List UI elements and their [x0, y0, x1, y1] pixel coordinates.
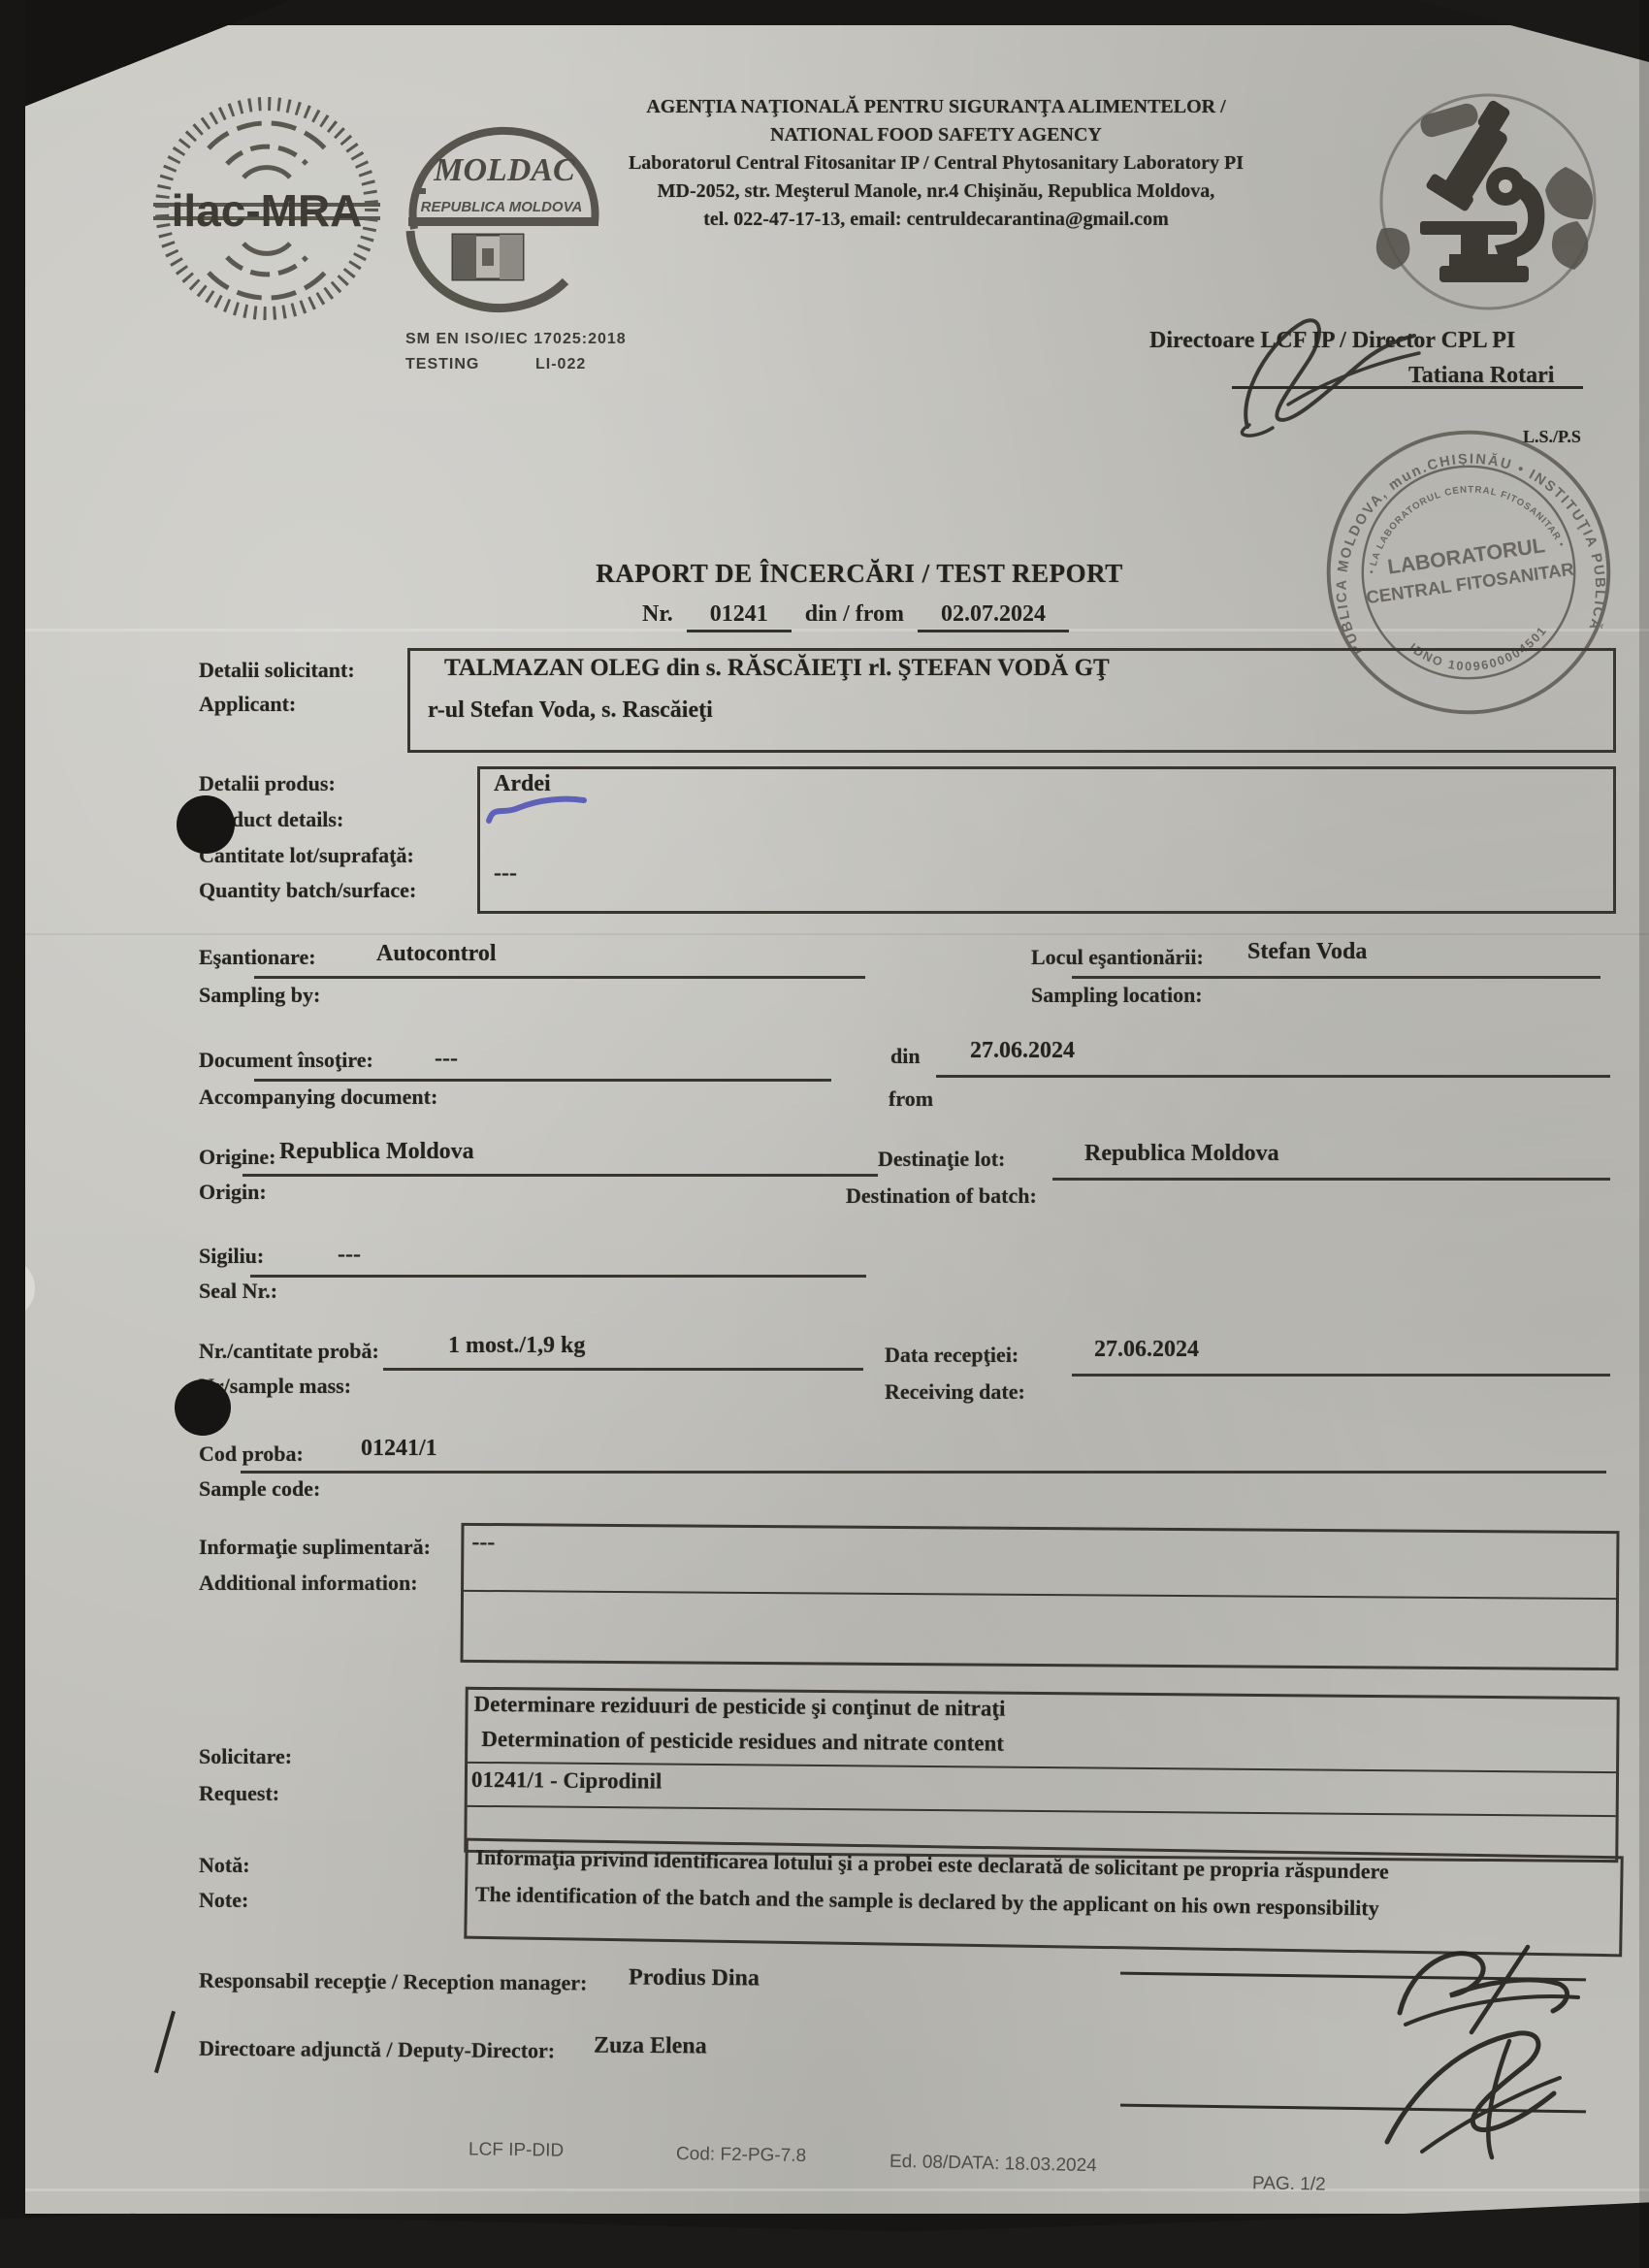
- scan-edge-left: [0, 0, 25, 2268]
- footer-page-number: PAG. 1/2: [1252, 2173, 1326, 2195]
- testing-code: LI-022: [535, 356, 586, 373]
- from-label: from: [889, 1086, 933, 1112]
- scanned-test-report: ilac-MRA MOLDAC REPUBLICA MOLDOVA SM EN …: [0, 0, 1649, 2268]
- applicant-label-en: Applicant:: [199, 692, 296, 717]
- destination-label-ro: Destinaţie lot:: [878, 1147, 1005, 1172]
- applicant-line1: TALMAZAN OLEG din s. RĂSCĂIEŢI rl. ŞTEFA…: [444, 655, 1110, 682]
- request-line2: 01241/1 - Ciprodinil: [471, 1767, 663, 1795]
- lab-address: MD-2052, str. Meşterul Manole, nr.4 Chiş…: [543, 178, 1329, 206]
- reception-signature: [1382, 1935, 1591, 2040]
- quantity-label-en: Quantity batch/surface:: [199, 878, 416, 903]
- iso-accreditation-text: SM EN ISO/IEC 17025:2018: [405, 331, 627, 348]
- deputy-director-label: Directoare adjunctă / Deputy-Director:: [199, 2036, 555, 2064]
- footer-doc-code: LCF IP-DID: [469, 2139, 564, 2161]
- report-date: 02.07.2024: [918, 601, 1069, 632]
- sample-qty-label-ro: Nr./cantitate probă:: [199, 1339, 379, 1364]
- additional-info-value: ---: [471, 1530, 495, 1556]
- box-divider: [464, 1590, 1616, 1600]
- deputy-signature: [1329, 2025, 1571, 2161]
- request-line1-ro: Determinare reziduuri de pesticide şi co…: [473, 1692, 1005, 1722]
- doc-date-underline: [936, 1046, 1610, 1078]
- seal-underline: [250, 1246, 866, 1278]
- deputy-director-name: Zuza Elena: [594, 2033, 707, 2060]
- scan-edge-right: [1639, 0, 1649, 2268]
- sampling-underline: [254, 947, 865, 979]
- agency-name-en: NATIONAL FOOD SAFETY AGENCY: [543, 121, 1329, 149]
- nr-label: Nr.: [642, 601, 673, 627]
- request-label-ro: Solicitare:: [199, 1744, 292, 1769]
- director-name: Tatiana Rotari: [1408, 363, 1554, 389]
- request-label-en: Request:: [199, 1781, 279, 1806]
- director-signature-line: [1232, 386, 1583, 389]
- destination-underline: [1052, 1149, 1610, 1181]
- sample-code-underline: [241, 1442, 1606, 1474]
- seal-label-en: Seal Nr.:: [199, 1279, 277, 1304]
- report-number: 01241: [687, 601, 792, 632]
- location-label-en: Sampling location:: [1031, 983, 1203, 1008]
- lab-contact: tel. 022-47-17-13, email: centruldecaran…: [543, 206, 1329, 234]
- product-label-ro: Detalii produs:: [199, 771, 336, 796]
- quantity-value: ---: [494, 860, 517, 887]
- din-label: din: [890, 1044, 921, 1069]
- request-line1-en: Determination of pesticide residues and …: [481, 1727, 1004, 1757]
- doc-underline: [254, 1050, 831, 1082]
- box-divider: [468, 1805, 1616, 1817]
- applicant-label-ro: Detalii solicitant:: [199, 658, 355, 683]
- origin-underline: [242, 1145, 878, 1177]
- doc-label-en: Accompanying document:: [199, 1085, 437, 1110]
- director-signature: [1220, 312, 1429, 437]
- note-label-en: Note:: [199, 1888, 248, 1913]
- agency-name-ro: AGENŢIA NAŢIONALĂ PENTRU SIGURANŢA ALIME…: [543, 93, 1329, 121]
- product-box: Ardei ---: [477, 766, 1616, 914]
- moldova-flag-icon: [453, 235, 523, 279]
- hole-punch-mark: [175, 1379, 231, 1436]
- receiving-date-underline: [1072, 1345, 1610, 1377]
- date-label: din / from: [805, 601, 904, 627]
- report-number-line: Nr. 01241 din / from 02.07.2024: [568, 601, 1150, 628]
- additional-info-label-ro: Informaţie suplimentară:: [199, 1535, 431, 1560]
- reception-manager-name: Prodius Dina: [629, 1965, 760, 1993]
- footer-edition: Ed. 08/DATA: 18.03.2024: [889, 2152, 1097, 2177]
- applicant-box: TALMAZAN OLEG din s. RĂSCĂIEŢI rl. ŞTEFA…: [407, 648, 1616, 753]
- sample-code-label-en: Sample code:: [199, 1476, 320, 1502]
- sampling-label-en: Sampling by:: [199, 983, 320, 1008]
- receiving-date-label-en: Receiving date:: [885, 1379, 1025, 1405]
- note-line-ro: Informaţia privind identificarea lotului…: [475, 1845, 1389, 1885]
- ilac-mra-logo: ilac-MRA: [145, 92, 388, 330]
- footer-form-code: Cod: F2-PG-7.8: [676, 2144, 806, 2167]
- testing-label: TESTING: [405, 356, 479, 373]
- note-label-ro: Notă:: [199, 1853, 250, 1878]
- applicant-line2: r-ul Stefan Voda, s. Rascăieţi: [428, 697, 713, 724]
- agency-header: AGENŢIA NAŢIONALĂ PENTRU SIGURANŢA ALIME…: [543, 93, 1329, 234]
- note-line-en: The identification of the batch and the …: [475, 1882, 1379, 1922]
- quantity-label-ro: Cantitate lot/suprafaţă:: [199, 843, 414, 868]
- microscope-emblem-icon: [1366, 83, 1610, 324]
- additional-info-box: ---: [461, 1523, 1620, 1670]
- sample-qty-underline: [383, 1339, 863, 1371]
- reception-manager-label: Responsabil recepţie / Reception manager…: [199, 1968, 588, 1996]
- report-title: RAPORT DE ÎNCERCĂRI / TEST REPORT: [568, 559, 1150, 589]
- additional-info-label-en: Additional information:: [199, 1571, 418, 1596]
- hole-punch-mark: [177, 795, 235, 854]
- destination-label-en: Destination of batch:: [846, 1183, 1037, 1209]
- origin-label-en: Origin:: [199, 1180, 267, 1205]
- lab-name: Laboratorul Central Fitosanitar IP / Cen…: [543, 149, 1329, 178]
- request-box: Determinare reziduuri de pesticide şi co…: [464, 1687, 1619, 1863]
- blue-pen-mark: [485, 794, 590, 826]
- location-underline: [1072, 947, 1600, 979]
- receiving-date-label-ro: Data recepţiei:: [885, 1343, 1018, 1368]
- svg-text:ilac-MRA: ilac-MRA: [172, 185, 363, 236]
